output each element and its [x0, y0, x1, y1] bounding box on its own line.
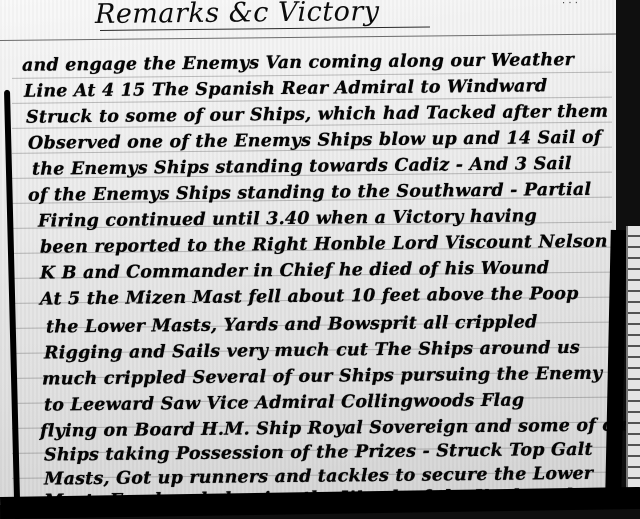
log-line: of the Enemys Ships standing to the Sout…: [28, 180, 591, 206]
header-rule: [0, 34, 616, 41]
log-line: the Lower Masts, Yards and Bowsprit all …: [46, 312, 537, 337]
adjacent-page-edge: [626, 226, 640, 488]
log-line: Ships taking Possession of the Prizes - …: [44, 440, 593, 466]
log-line: Observed one of the Enemys Ships blow up…: [28, 128, 601, 154]
page-heading: Remarks &c Victory: [95, 0, 380, 30]
log-line: been reported to the Right Honble Lord V…: [40, 232, 608, 258]
log-line: At 5 the Mizen Mast fell about 10 feet a…: [40, 284, 579, 310]
log-line: Rigging and Sails very much cut The Ship…: [44, 338, 580, 364]
document-photo: Remarks &c Victory · · · and engage the …: [0, 0, 640, 519]
log-line: Firing continued until 3.40 when a Victo…: [38, 206, 537, 231]
log-line: Struck to some of our Ships, which had T…: [26, 102, 608, 128]
log-line: the Enemys Ships standing towards Cadiz …: [32, 154, 572, 180]
log-line: to Leeward Saw Vice Admiral Collingwoods…: [44, 391, 524, 416]
log-line: flying on Board H.M. Ship Royal Sovereig…: [40, 415, 637, 441]
log-line: K B and Commander in Chief he died of hi…: [40, 258, 549, 283]
log-line: much crippled Several of our Ships pursu…: [42, 364, 602, 390]
corner-mark: · · ·: [562, 0, 578, 9]
log-page: Remarks &c Victory · · · and engage the …: [0, 0, 616, 505]
